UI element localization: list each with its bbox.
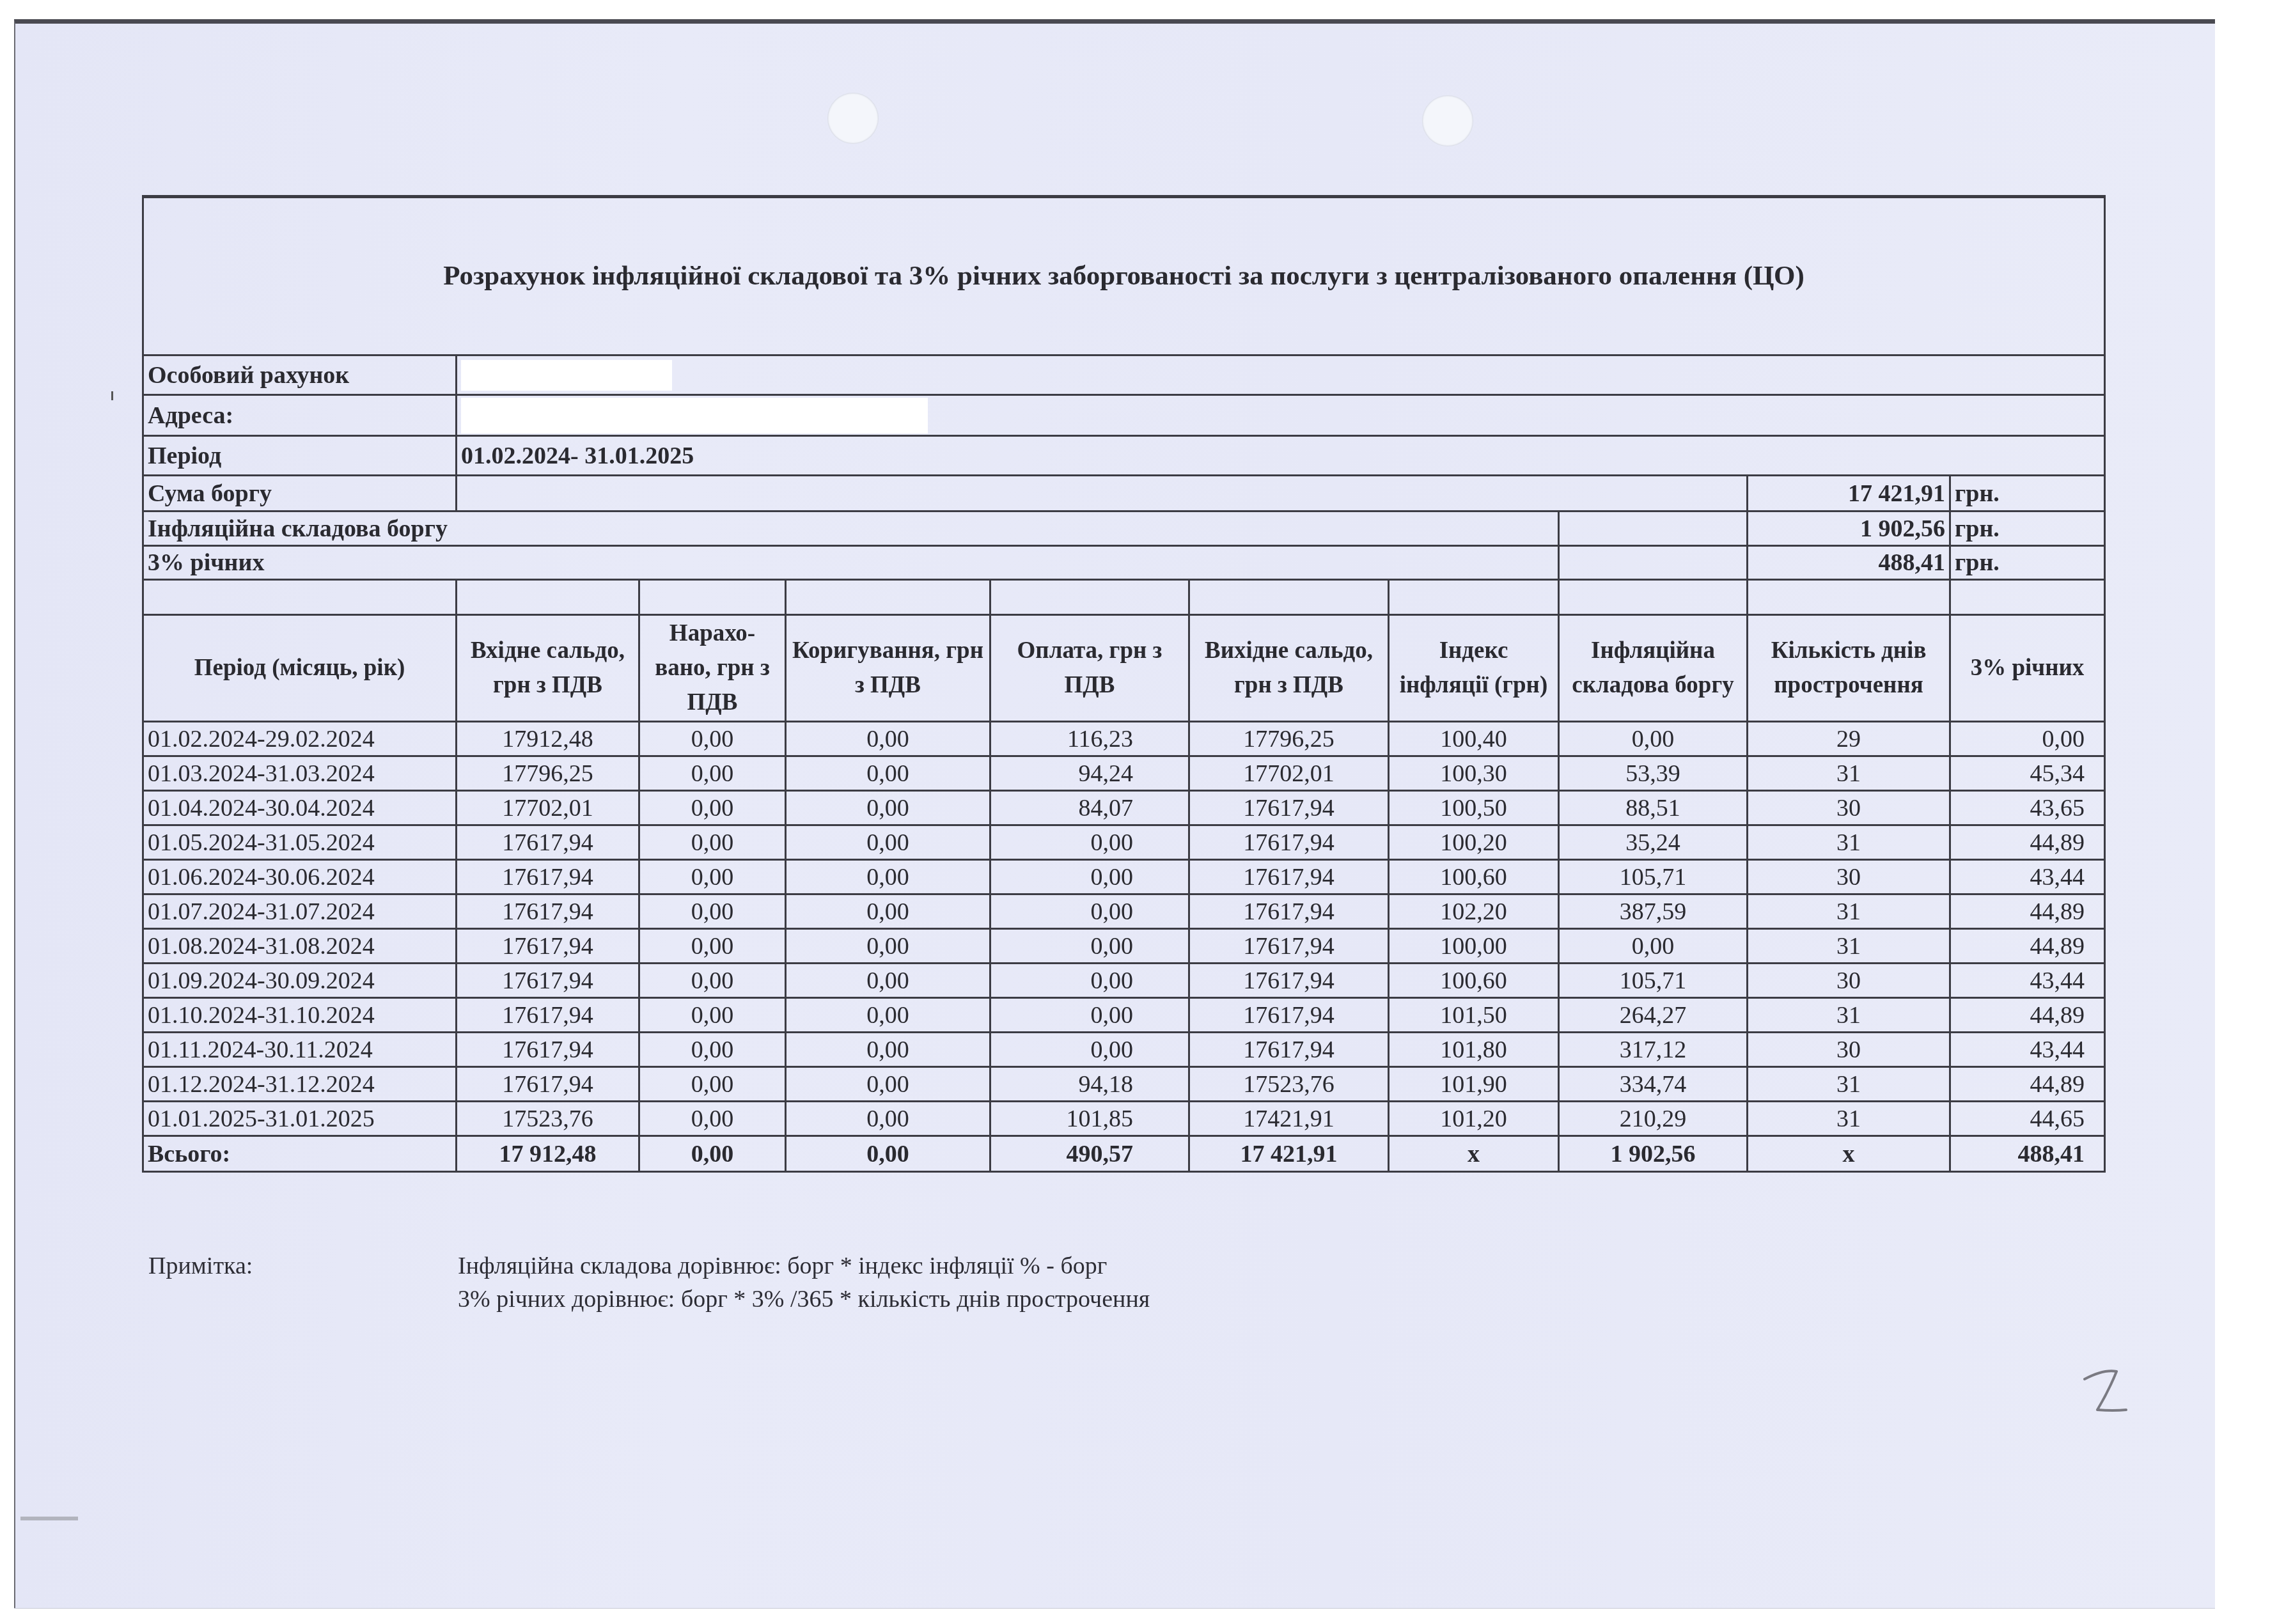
inflation-label: Інфляційна складова боргу	[143, 511, 1559, 546]
debt-value: 17 421,91	[1748, 476, 1950, 511]
total-overdue-days: x	[1748, 1136, 1950, 1172]
cell-inflation-component: 210,29	[1559, 1102, 1748, 1136]
cell-payment: 0,00	[990, 929, 1189, 964]
cell-inflation-index: 101,90	[1389, 1067, 1559, 1102]
cell-closing-balance: 17796,25	[1189, 722, 1389, 756]
cell-inflation-component: 317,12	[1559, 1033, 1748, 1067]
cell-charged: 0,00	[639, 894, 786, 929]
cell-inflation-component: 0,00	[1559, 722, 1748, 756]
cell-inflation-index: 100,60	[1389, 860, 1559, 894]
table-row: 01.07.2024-31.07.202417617,940,000,000,0…	[143, 894, 2105, 929]
cell-annual-3pct: 44,65	[1950, 1102, 2105, 1136]
cell-payment: 0,00	[990, 998, 1189, 1033]
cell-inflation-component: 334,74	[1559, 1067, 1748, 1102]
total-opening-balance: 17 912,48	[457, 1136, 639, 1172]
cell-opening-balance: 17617,94	[457, 1033, 639, 1067]
cell-closing-balance: 17617,94	[1189, 998, 1389, 1033]
cell-opening-balance: 17617,94	[457, 1067, 639, 1102]
cell-inflation-index: 100,30	[1389, 756, 1559, 791]
table-row: 01.03.2024-31.03.202417796,250,000,0094,…	[143, 756, 2105, 791]
cell-inflation-component: 105,71	[1559, 860, 1748, 894]
address-label: Адреса:	[143, 395, 457, 436]
cell-inflation-index: 101,50	[1389, 998, 1559, 1033]
cell-annual-3pct: 43,44	[1950, 964, 2105, 998]
cell-overdue-days: 31	[1748, 1102, 1950, 1136]
cell-inflation-index: 100,00	[1389, 929, 1559, 964]
table-row: 01.11.2024-30.11.202417617,940,000,000,0…	[143, 1033, 2105, 1067]
cell-opening-balance: 17617,94	[457, 894, 639, 929]
cell-inflation-index: 101,80	[1389, 1033, 1559, 1067]
cell-opening-balance: 17617,94	[457, 860, 639, 894]
document-title: Розрахунок інфляційної складової та 3% р…	[143, 197, 2105, 355]
cell-adjustment: 0,00	[786, 1102, 990, 1136]
cell-period: 01.09.2024-30.09.2024	[143, 964, 457, 998]
inflation-value: 1 902,56	[1748, 511, 1950, 546]
cell-adjustment: 0,00	[786, 756, 990, 791]
cell-charged: 0,00	[639, 756, 786, 791]
cell-period: 01.07.2024-31.07.2024	[143, 894, 457, 929]
cell-overdue-days: 31	[1748, 825, 1950, 860]
cell-adjustment: 0,00	[786, 860, 990, 894]
table-row: 01.10.2024-31.10.202417617,940,000,000,0…	[143, 998, 2105, 1033]
cell-adjustment: 0,00	[786, 1033, 990, 1067]
cell-closing-balance: 17617,94	[1189, 791, 1389, 825]
scan-speck	[20, 1517, 78, 1520]
cell-payment: 0,00	[990, 860, 1189, 894]
cell-payment: 116,23	[990, 722, 1189, 756]
cell-overdue-days: 31	[1748, 894, 1950, 929]
cell-annual-3pct: 43,65	[1950, 791, 2105, 825]
cell-closing-balance: 17523,76	[1189, 1067, 1389, 1102]
table-row: 01.12.2024-31.12.202417617,940,000,0094,…	[143, 1067, 2105, 1102]
cell-opening-balance: 17523,76	[457, 1102, 639, 1136]
data-rows: 01.02.2024-29.02.202417912,480,000,00116…	[143, 722, 2105, 1136]
col-header-inflation-component: Інфляційна складова боргу	[1559, 615, 1748, 722]
cell-payment: 0,00	[990, 1033, 1189, 1067]
annual-unit: грн.	[1950, 546, 2105, 580]
cell-annual-3pct: 45,34	[1950, 756, 2105, 791]
cell-inflation-component: 53,39	[1559, 756, 1748, 791]
cell-overdue-days: 29	[1748, 722, 1950, 756]
cell-opening-balance: 17617,94	[457, 929, 639, 964]
cell-charged: 0,00	[639, 964, 786, 998]
cell-closing-balance: 17617,94	[1189, 825, 1389, 860]
cell-charged: 0,00	[639, 722, 786, 756]
cell-charged: 0,00	[639, 825, 786, 860]
cell-charged: 0,00	[639, 860, 786, 894]
cell-inflation-index: 100,40	[1389, 722, 1559, 756]
header-spacer-row	[143, 580, 2105, 615]
cell-adjustment: 0,00	[786, 929, 990, 964]
cell-annual-3pct: 44,89	[1950, 825, 2105, 860]
cell-adjustment: 0,00	[786, 791, 990, 825]
total-annual-3pct: 488,41	[1950, 1136, 2105, 1172]
total-charged: 0,00	[639, 1136, 786, 1172]
cell-charged: 0,00	[639, 998, 786, 1033]
cell-payment: 94,24	[990, 756, 1189, 791]
cell-inflation-index: 100,20	[1389, 825, 1559, 860]
cell-inflation-index: 102,20	[1389, 894, 1559, 929]
cell-opening-balance: 17796,25	[457, 756, 639, 791]
cell-overdue-days: 31	[1748, 756, 1950, 791]
cell-overdue-days: 30	[1748, 1033, 1950, 1067]
total-payment: 490,57	[990, 1136, 1189, 1172]
cell-closing-balance: 17617,94	[1189, 929, 1389, 964]
cell-payment: 0,00	[990, 825, 1189, 860]
cell-annual-3pct: 44,89	[1950, 929, 2105, 964]
account-label: Особовий рахунок	[143, 355, 457, 395]
cell-inflation-component: 105,71	[1559, 964, 1748, 998]
note-line-2: 3% річних дорівнює: борг * 3% /365 * кіл…	[458, 1283, 1150, 1316]
table-row: 01.02.2024-29.02.202417912,480,000,00116…	[143, 722, 2105, 756]
note-line-1: Інфляційна складова дорівнює: борг * інд…	[458, 1249, 1107, 1283]
cell-charged: 0,00	[639, 1102, 786, 1136]
cell-payment: 101,85	[990, 1102, 1189, 1136]
table-row: 01.06.2024-30.06.202417617,940,000,000,0…	[143, 860, 2105, 894]
cell-period: 01.12.2024-31.12.2024	[143, 1067, 457, 1102]
cell-closing-balance: 17617,94	[1189, 964, 1389, 998]
cell-overdue-days: 30	[1748, 964, 1950, 998]
period-value: 01.02.2024- 31.01.2025	[457, 436, 2105, 476]
debt-unit: грн.	[1950, 476, 2105, 511]
cell-inflation-index: 101,20	[1389, 1102, 1559, 1136]
cell-annual-3pct: 43,44	[1950, 860, 2105, 894]
address-value	[457, 395, 2105, 436]
cell-payment: 84,07	[990, 791, 1189, 825]
cell-closing-balance: 17421,91	[1189, 1102, 1389, 1136]
cell-inflation-index: 100,60	[1389, 964, 1559, 998]
cell-adjustment: 0,00	[786, 894, 990, 929]
total-closing-balance: 17 421,91	[1189, 1136, 1389, 1172]
total-row: Всього: 17 912,48 0,00 0,00 490,57 17 42…	[143, 1136, 2105, 1172]
col-header-period: Період (місяць, рік)	[143, 615, 457, 722]
col-header-opening-balance: Вхідне сальдо, грн з ПДВ	[457, 615, 639, 722]
cell-overdue-days: 30	[1748, 860, 1950, 894]
cell-inflation-index: 100,50	[1389, 791, 1559, 825]
scan-speck	[111, 391, 113, 400]
annual-spacer	[1559, 546, 1748, 580]
cell-closing-balance: 17617,94	[1189, 894, 1389, 929]
cell-adjustment: 0,00	[786, 964, 990, 998]
punch-hole-left	[827, 93, 879, 144]
cell-payment: 0,00	[990, 964, 1189, 998]
cell-period: 01.04.2024-30.04.2024	[143, 791, 457, 825]
table-row: 01.01.2025-31.01.202517523,760,000,00101…	[143, 1102, 2105, 1136]
cell-opening-balance: 17617,94	[457, 964, 639, 998]
col-header-closing-balance: Вихідне сальдо, грн з ПДВ	[1189, 615, 1389, 722]
total-inflation-component: 1 902,56	[1559, 1136, 1748, 1172]
cell-annual-3pct: 0,00	[1950, 722, 2105, 756]
annual-label: 3% річних	[143, 546, 1559, 580]
cell-adjustment: 0,00	[786, 722, 990, 756]
debt-label: Сума боргу	[143, 476, 457, 511]
cell-annual-3pct: 44,89	[1950, 998, 2105, 1033]
cell-inflation-component: 264,27	[1559, 998, 1748, 1033]
cell-inflation-component: 387,59	[1559, 894, 1748, 929]
cell-period: 01.10.2024-31.10.2024	[143, 998, 457, 1033]
cell-period: 01.03.2024-31.03.2024	[143, 756, 457, 791]
cell-annual-3pct: 44,89	[1950, 894, 2105, 929]
col-header-payment: Оплата, грн з ПДВ	[990, 615, 1189, 722]
cell-opening-balance: 17912,48	[457, 722, 639, 756]
cell-period: 01.08.2024-31.08.2024	[143, 929, 457, 964]
table-row: 01.05.2024-31.05.202417617,940,000,000,0…	[143, 825, 2105, 860]
col-header-inflation-index: Індекс інфляції (грн)	[1389, 615, 1559, 722]
cell-annual-3pct: 43,44	[1950, 1033, 2105, 1067]
cell-overdue-days: 31	[1748, 998, 1950, 1033]
cell-charged: 0,00	[639, 791, 786, 825]
table-row: 01.09.2024-30.09.202417617,940,000,000,0…	[143, 964, 2105, 998]
inflation-unit: грн.	[1950, 511, 2105, 546]
col-header-charged: Нарахо-вано, грн з ПДВ	[639, 615, 786, 722]
cell-charged: 0,00	[639, 1067, 786, 1102]
cell-period: 01.05.2024-31.05.2024	[143, 825, 457, 860]
cell-adjustment: 0,00	[786, 825, 990, 860]
col-header-annual-3pct: 3% річних	[1950, 615, 2105, 722]
note-label: Примітка:	[148, 1249, 253, 1283]
cell-inflation-component: 35,24	[1559, 825, 1748, 860]
handwritten-page-number	[2078, 1365, 2136, 1423]
punch-hole-right	[1422, 95, 1473, 146]
cell-opening-balance: 17617,94	[457, 825, 639, 860]
period-label: Період	[143, 436, 457, 476]
cell-period: 01.02.2024-29.02.2024	[143, 722, 457, 756]
cell-period: 01.06.2024-30.06.2024	[143, 860, 457, 894]
cell-overdue-days: 30	[1748, 791, 1950, 825]
cell-opening-balance: 17617,94	[457, 998, 639, 1033]
cell-annual-3pct: 44,89	[1950, 1067, 2105, 1102]
total-adjustment: 0,00	[786, 1136, 990, 1172]
debt-spacer	[457, 476, 1748, 511]
col-header-adjustment: Коригування, грн з ПДВ	[786, 615, 990, 722]
total-label: Всього:	[143, 1136, 457, 1172]
col-header-overdue-days: Кількість днів прострочення	[1748, 615, 1950, 722]
inflation-spacer	[1559, 511, 1748, 546]
debt-calculation-table: Розрахунок інфляційної складової та 3% р…	[142, 195, 2106, 1173]
cell-charged: 0,00	[639, 929, 786, 964]
cell-payment: 0,00	[990, 894, 1189, 929]
cell-closing-balance: 17617,94	[1189, 860, 1389, 894]
cell-period: 01.11.2024-30.11.2024	[143, 1033, 457, 1067]
annual-value: 488,41	[1748, 546, 1950, 580]
cell-payment: 94,18	[990, 1067, 1189, 1102]
total-inflation-index: x	[1389, 1136, 1559, 1172]
cell-closing-balance: 17702,01	[1189, 756, 1389, 791]
table-row: 01.04.2024-30.04.202417702,010,000,0084,…	[143, 791, 2105, 825]
cell-inflation-component: 0,00	[1559, 929, 1748, 964]
cell-closing-balance: 17617,94	[1189, 1033, 1389, 1067]
redacted-account	[461, 360, 672, 391]
cell-inflation-component: 88,51	[1559, 791, 1748, 825]
column-header-row: Період (місяць, рік) Вхідне сальдо, грн …	[143, 615, 2105, 722]
cell-adjustment: 0,00	[786, 998, 990, 1033]
cell-overdue-days: 31	[1748, 929, 1950, 964]
cell-adjustment: 0,00	[786, 1067, 990, 1102]
cell-charged: 0,00	[639, 1033, 786, 1067]
cell-opening-balance: 17702,01	[457, 791, 639, 825]
account-value	[457, 355, 2105, 395]
table-row: 01.08.2024-31.08.202417617,940,000,000,0…	[143, 929, 2105, 964]
redacted-address	[461, 398, 928, 433]
cell-overdue-days: 31	[1748, 1067, 1950, 1102]
cell-period: 01.01.2025-31.01.2025	[143, 1102, 457, 1136]
